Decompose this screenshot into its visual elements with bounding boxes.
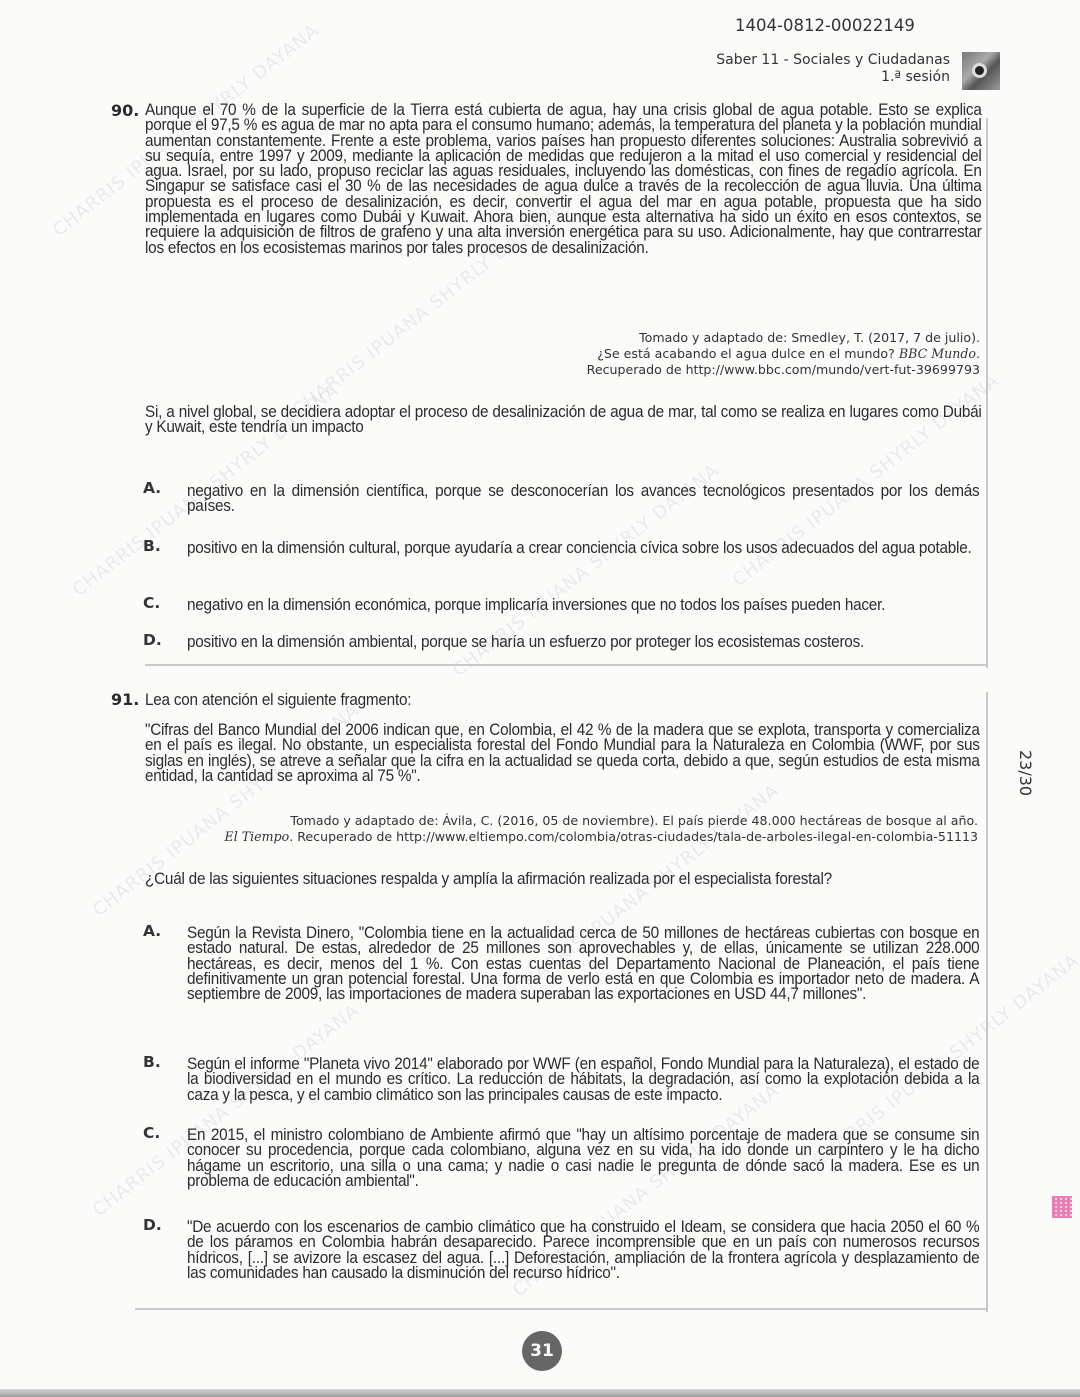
question-91-option-d[interactable]: "De acuerdo con los escenarios de cambio… bbox=[187, 1220, 979, 1281]
source-line: Tomado y adaptado de: Smedley, T. (2017,… bbox=[480, 330, 980, 346]
exam-session: 1.ª sesión bbox=[716, 69, 950, 86]
question-91-quote: "Cifras del Banco Mundial del 2006 indic… bbox=[145, 723, 980, 784]
source-publication: BBC Mundo bbox=[899, 346, 976, 361]
question-90-option-b[interactable]: positivo en la dimensión cultural, porqu… bbox=[187, 541, 979, 556]
source-punct: . bbox=[976, 346, 980, 361]
question-90-option-a[interactable]: negativo en la dimensión científica, por… bbox=[187, 484, 979, 515]
scan-edge bbox=[0, 1389, 1080, 1397]
page-number-badge: 31 bbox=[522, 1331, 562, 1371]
source-line: El Tiempo. Recuperado de http://www.elti… bbox=[178, 829, 978, 845]
question-90-stem: Si, a nivel global, se decidiera adoptar… bbox=[145, 405, 982, 436]
question-91-option-b[interactable]: Según el informe "Planeta vivo 2014" ela… bbox=[187, 1057, 979, 1103]
question-number: 90. bbox=[111, 101, 139, 120]
question-91-source: Tomado y adaptado de: Ávila, C. (2016, 0… bbox=[178, 813, 978, 845]
option-letter: C. bbox=[143, 1124, 160, 1142]
question-90-border bbox=[986, 118, 988, 668]
question-number: 91. bbox=[111, 690, 139, 709]
question-90-option-c[interactable]: negativo en la dimensión económica, porq… bbox=[187, 598, 979, 613]
sheet-counter: 23/30 bbox=[1016, 750, 1035, 796]
option-letter: A. bbox=[143, 479, 161, 497]
option-letter: B. bbox=[143, 1053, 161, 1071]
question-91-intro: Lea con atención el siguiente fragmento: bbox=[145, 693, 709, 708]
datamatrix-barcode-icon bbox=[1052, 1196, 1072, 1218]
source-title: ¿Se está acabando el agua dulce en el mu… bbox=[597, 346, 899, 361]
question-90-source: Tomado y adaptado de: Smedley, T. (2017,… bbox=[480, 330, 980, 378]
question-90-option-d[interactable]: positivo en la dimensión ambiental, porq… bbox=[187, 635, 979, 650]
document-code: 1404-0812-00022149 bbox=[735, 16, 915, 35]
question-91-divider bbox=[135, 1308, 988, 1310]
option-letter: D. bbox=[143, 631, 162, 649]
question-91-option-a[interactable]: Según la Revista Dinero, "Colombia tiene… bbox=[187, 926, 979, 1002]
source-url: . Recuperado de http://www.eltiempo.com/… bbox=[289, 829, 978, 844]
source-line: ¿Se está acabando el agua dulce en el mu… bbox=[480, 346, 980, 362]
question-91-option-c[interactable]: En 2015, el ministro colombiano de Ambie… bbox=[187, 1128, 979, 1189]
exam-title: Saber 11 - Sociales y Ciudadanas bbox=[716, 52, 950, 69]
eye-logo-icon bbox=[962, 52, 1000, 90]
question-91-stem: ¿Cuál de las siguientes situaciones resp… bbox=[145, 872, 982, 887]
question-90-divider bbox=[145, 664, 988, 666]
option-letter: A. bbox=[143, 922, 161, 940]
source-url: Recuperado de http://www.bbc.com/mundo/v… bbox=[480, 362, 980, 378]
option-letter: D. bbox=[143, 1216, 162, 1234]
exam-header: Saber 11 - Sociales y Ciudadanas 1.ª ses… bbox=[716, 52, 950, 86]
question-90-context: Aunque el 70 % de la superficie de la Ti… bbox=[145, 103, 982, 256]
source-publication: El Tiempo bbox=[225, 829, 290, 844]
option-letter: C. bbox=[143, 594, 160, 612]
option-letter: B. bbox=[143, 537, 161, 555]
question-91-border bbox=[986, 692, 988, 1312]
source-line: Tomado y adaptado de: Ávila, C. (2016, 0… bbox=[178, 813, 978, 829]
